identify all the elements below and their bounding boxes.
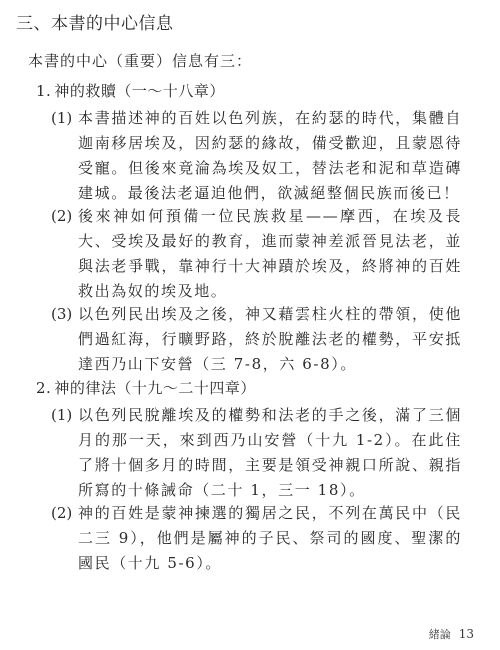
item-text: 本書描述神的百姓以色列族，在約瑟的時代，集體自迦南移居埃及，因約瑟的緣故，備受歡… [78, 106, 462, 206]
item-marker: (3) [51, 302, 72, 327]
part-heading-text: 神的救贖（一～十八章） [54, 82, 225, 100]
section-title: 三、本書的中心信息 [16, 9, 174, 34]
item-text: 以色列民出埃及之後，神又藉雲柱火柱的帶領，使他們過紅海，行曠野路，終於脫離法老的… [78, 302, 462, 377]
item-marker: (1) [51, 106, 72, 131]
list-item: (2) 神的百姓是蒙神揀選的獨居之民，不列在萬民中（民二三 9），他們是屬神的子… [51, 501, 471, 576]
part-heading-redemption: 1.神的救贖（一～十八章） [36, 80, 225, 101]
footer-section-label: 緒論 [429, 628, 451, 641]
part-number: 1. [36, 82, 51, 100]
page-number: 13 [459, 627, 474, 641]
part-heading-text: 神的律法（十九～二十四章） [54, 379, 256, 397]
document-page: 三、本書的中心信息 本書的中心（重要）信息有三： 1.神的救贖（一～十八章） (… [0, 0, 500, 650]
item-text: 後來神如何預備一位民族救星——摩西，在埃及長大、受埃及最好的教育，進而蒙神差派晉… [78, 204, 462, 304]
list-item: (1) 本書描述神的百姓以色列族，在約瑟的時代，集體自迦南移居埃及，因約瑟的緣故… [51, 106, 471, 206]
intro-paragraph: 本書的中心（重要）信息有三： [28, 50, 252, 71]
part-number: 2. [36, 379, 51, 397]
part-heading-law: 2.神的律法（十九～二十四章） [36, 377, 256, 398]
list-item: (3) 以色列民出埃及之後，神又藉雲柱火柱的帶領，使他們過紅海，行曠野路，終於脫… [51, 302, 471, 377]
list-item: (1) 以色列民脫離埃及的權勢和法老的手之後，滿了三個月的那一天，來到西乃山安營… [51, 403, 471, 503]
page-footer: 緒論13 [429, 626, 474, 642]
item-marker: (1) [51, 403, 72, 428]
item-text: 神的百姓是蒙神揀選的獨居之民，不列在萬民中（民二三 9），他們是屬神的子民、祭司… [78, 501, 462, 576]
item-marker: (2) [51, 501, 72, 526]
item-marker: (2) [51, 204, 72, 229]
item-text: 以色列民脫離埃及的權勢和法老的手之後，滿了三個月的那一天，來到西乃山安營（十九 … [78, 403, 462, 503]
list-item: (2) 後來神如何預備一位民族救星——摩西，在埃及長大、受埃及最好的教育，進而蒙… [51, 204, 471, 304]
